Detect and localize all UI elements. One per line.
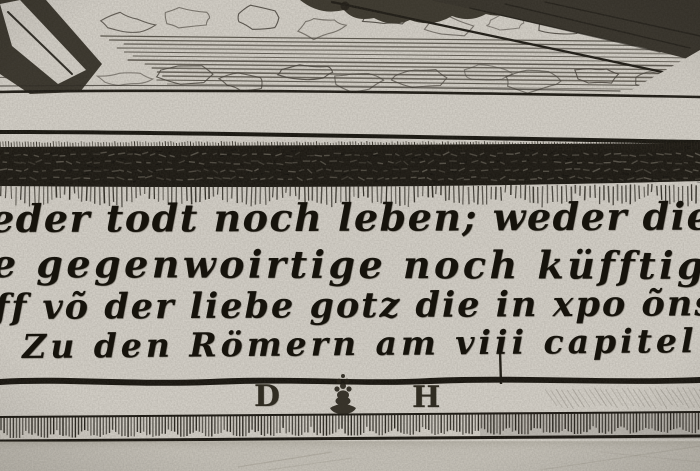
etching-photo: eder todt noch leben; weder die engel no… (0, 0, 700, 471)
inscription-line-4: Zu den Römern am viii capitel⁓ (22, 321, 700, 366)
monogram-letter-d: D (254, 379, 280, 414)
inscription-line-4-text: Zu den Römern am viii capitel (22, 321, 698, 366)
monogram-letter-h: H (412, 380, 440, 415)
inscription-line-2: e gegenwoirtige noch küfftige; weder (0, 241, 700, 288)
hop-cone-icon (326, 372, 360, 416)
inscription-line-1: eder todt noch leben; weder die engel no (0, 193, 700, 241)
